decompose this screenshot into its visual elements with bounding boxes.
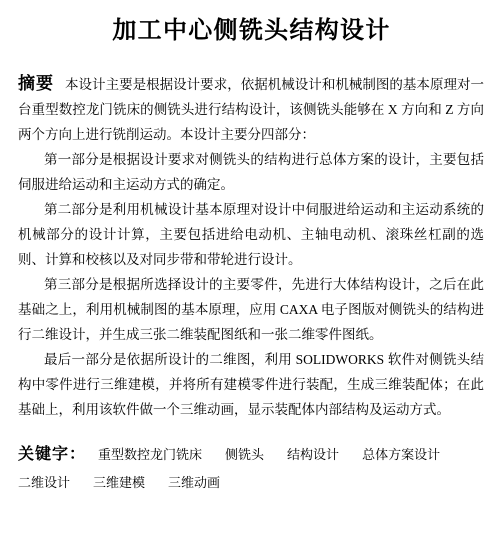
abstract-paragraph: 第三部分是根据所选择设计的主要零件，先进行大体结构设计，之后在此基础之上，利用机… xyxy=(18,272,484,347)
text-run: 第二部分是利用机械设计基本原理对设计中伺服进给运动和主运动系统的机械部分的设计计… xyxy=(18,202,484,267)
abstract-paragraph: 最后一部分是依据所设计的二维图，利用 SOLIDWORKS 软件对侧铣头结构中零… xyxy=(18,347,484,422)
keyword-item: 侧铣头 xyxy=(225,447,264,462)
axis-x-term: X xyxy=(388,102,398,117)
solidworks-term: SOLIDWORKS xyxy=(296,352,385,367)
keywords-row: 二维设计三维建模三维动画 xyxy=(18,469,484,497)
text-run: 方向和 xyxy=(398,102,446,117)
keywords-label: 关键字： xyxy=(18,446,86,463)
keywords-section: 关键字：重型数控龙门铣床侧铣头结构设计总体方案设计 二维设计三维建模三维动画 xyxy=(18,441,484,497)
abstract-label: 摘要 xyxy=(18,74,54,93)
text-run: 最后一部分是依据所设计的二维图，利用 xyxy=(44,352,296,367)
keyword-item: 三维建模 xyxy=(93,475,145,490)
keyword-item: 重型数控龙门铣床 xyxy=(98,447,202,462)
page-title: 加工中心侧铣头结构设计 xyxy=(0,0,503,48)
keywords-row: 关键字：重型数控龙门铣床侧铣头结构设计总体方案设计 xyxy=(18,441,484,469)
abstract-section: 摘要本设计主要是根据设计要求，依据机械设计和机械制图的基本原理对一台重型数控龙门… xyxy=(18,71,484,422)
abstract-paragraph: 摘要本设计主要是根据设计要求，依据机械设计和机械制图的基本原理对一台重型数控龙门… xyxy=(18,71,484,147)
document-page: 加工中心侧铣头结构设计 摘要本设计主要是根据设计要求，依据机械设计和机械制图的基… xyxy=(0,0,503,541)
caxa-term: CAXA xyxy=(280,302,318,317)
abstract-paragraph: 第二部分是利用机械设计基本原理对设计中伺服进给运动和主运动系统的机械部分的设计计… xyxy=(18,197,484,272)
keyword-item: 总体方案设计 xyxy=(362,447,440,462)
keyword-item: 三维动画 xyxy=(168,475,220,490)
keyword-item: 二维设计 xyxy=(18,475,70,490)
abstract-paragraph: 第一部分是根据设计要求对侧铣头的结构进行总体方案的设计，主要包括伺服进给运动和主… xyxy=(18,147,484,197)
text-run: 第一部分是根据设计要求对侧铣头的结构进行总体方案的设计，主要包括伺服进给运动和主… xyxy=(18,152,484,192)
keyword-item: 结构设计 xyxy=(287,447,339,462)
